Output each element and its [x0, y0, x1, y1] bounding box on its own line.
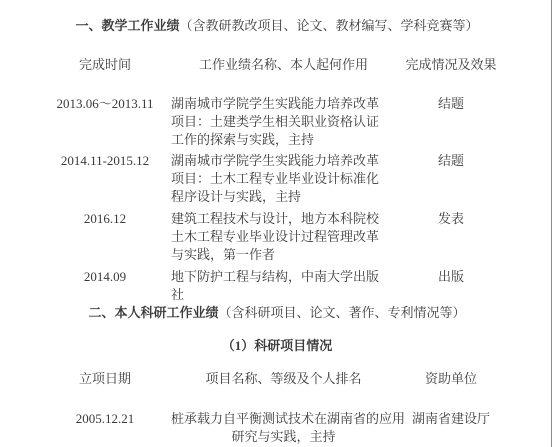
row-status: 结题 — [401, 95, 501, 149]
table-row: 2016.12 建筑工程技术与设计，地方本科院校 土木工程专业毕业设计过程管理改… — [0, 210, 554, 264]
section2-title-note: （含科研项目、论文、著作、专利情况等） — [219, 305, 466, 320]
row-project-line: 与实践，第一作者 — [171, 246, 396, 264]
row-project-line: 建筑工程技术与设计，地方本科院校 — [171, 210, 396, 228]
right-border-line — [551, 0, 552, 447]
row-date: 2005.12.21 — [45, 410, 165, 446]
section1-title: 一、教学工作业绩（含教研教改项目、论文、教材编写、学科竞赛等） — [0, 0, 554, 35]
table1-header-row: 完成时间 工作业绩名称、本人起何作用 完成情况及效果 — [0, 56, 554, 74]
subsection-title: （1）科研项目情况 — [0, 337, 554, 355]
row-project: 建筑工程技术与设计，地方本科院校 土木工程专业毕业设计过程管理改革 与实践，第一… — [171, 210, 396, 264]
table2-header-name: 项目名称、等级及个人排名 — [171, 370, 396, 388]
table2-header-funder: 资助单位 — [401, 370, 501, 388]
row-project-line: 社 — [171, 286, 396, 304]
row-project: 桩承载力自平衡测试技术在湖南省的应用 研究与实践，主持 — [171, 410, 396, 446]
table1-header-status: 完成情况及效果 — [401, 56, 501, 74]
section2-title: 二、本人科研工作业绩（含科研项目、论文、著作、专利情况等） — [0, 304, 554, 322]
table1-header-name: 工作业绩名称、本人起何作用 — [171, 56, 396, 74]
row-project: 湖南城市学院学生实践能力培养改革 项目：土建类学生相关职业资格认证 工作的探索与… — [171, 95, 396, 149]
row-project: 地下防护工程与结构，中南大学出版 社 — [171, 268, 396, 304]
row-project-line: 项目：土木工程专业毕业设计标准化 — [171, 170, 396, 188]
row-project-line: 桩承载力自平衡测试技术在湖南省的应用 — [171, 410, 396, 428]
table2-header-date: 立项日期 — [45, 370, 165, 388]
row-status: 出版 — [401, 268, 501, 304]
row-project-line: 湖南城市学院学生实践能力培养改革 — [171, 95, 396, 113]
row-project-line: 研究与实践，主持 — [171, 428, 396, 446]
row-project-line: 项目：土建类学生相关职业资格认证 — [171, 113, 396, 131]
row-date: 2014.11-2015.12 — [45, 152, 165, 206]
row-project: 湖南城市学院学生实践能力培养改革 项目：土木工程专业毕业设计标准化 程序设计与实… — [171, 152, 396, 206]
row-project-line: 工作的探索与实践，主持 — [171, 131, 396, 149]
section1-title-bold: 一、教学工作业绩 — [75, 18, 179, 33]
section1-title-note: （含教研教改项目、论文、教材编写、学科竞赛等） — [180, 18, 479, 33]
row-project-line: 湖南城市学院学生实践能力培养改革 — [171, 152, 396, 170]
row-project-line: 土木工程专业毕业设计过程管理改革 — [171, 228, 396, 246]
row-project-line: 地下防护工程与结构，中南大学出版 — [171, 268, 396, 286]
table-row: 2014.09 地下防护工程与结构，中南大学出版 社 出版 — [0, 268, 554, 304]
row-date: 2016.12 — [45, 210, 165, 264]
row-status: 发表 — [401, 210, 501, 264]
table-row: 2013.06～2013.11 湖南城市学院学生实践能力培养改革 项目：土建类学… — [0, 95, 554, 149]
section2-title-bold: 二、本人科研工作业绩 — [88, 305, 218, 320]
table1-header-date: 完成时间 — [45, 56, 165, 74]
table-row: 2014.11-2015.12 湖南城市学院学生实践能力培养改革 项目：土木工程… — [0, 152, 554, 206]
row-funder: 湖南省建设厅 — [401, 410, 501, 446]
row-date: 2014.09 — [45, 268, 165, 304]
row-status: 结题 — [401, 152, 501, 206]
table-row: 2005.12.21 桩承载力自平衡测试技术在湖南省的应用 研究与实践，主持 湖… — [0, 410, 554, 446]
table2-header-row: 立项日期 项目名称、等级及个人排名 资助单位 — [0, 370, 554, 388]
row-date: 2013.06～2013.11 — [45, 95, 165, 149]
row-project-line: 程序设计与实践，主持 — [171, 188, 396, 206]
document-page: 一、教学工作业绩（含教研教改项目、论文、教材编写、学科竞赛等） 完成时间 工作业… — [0, 0, 554, 447]
